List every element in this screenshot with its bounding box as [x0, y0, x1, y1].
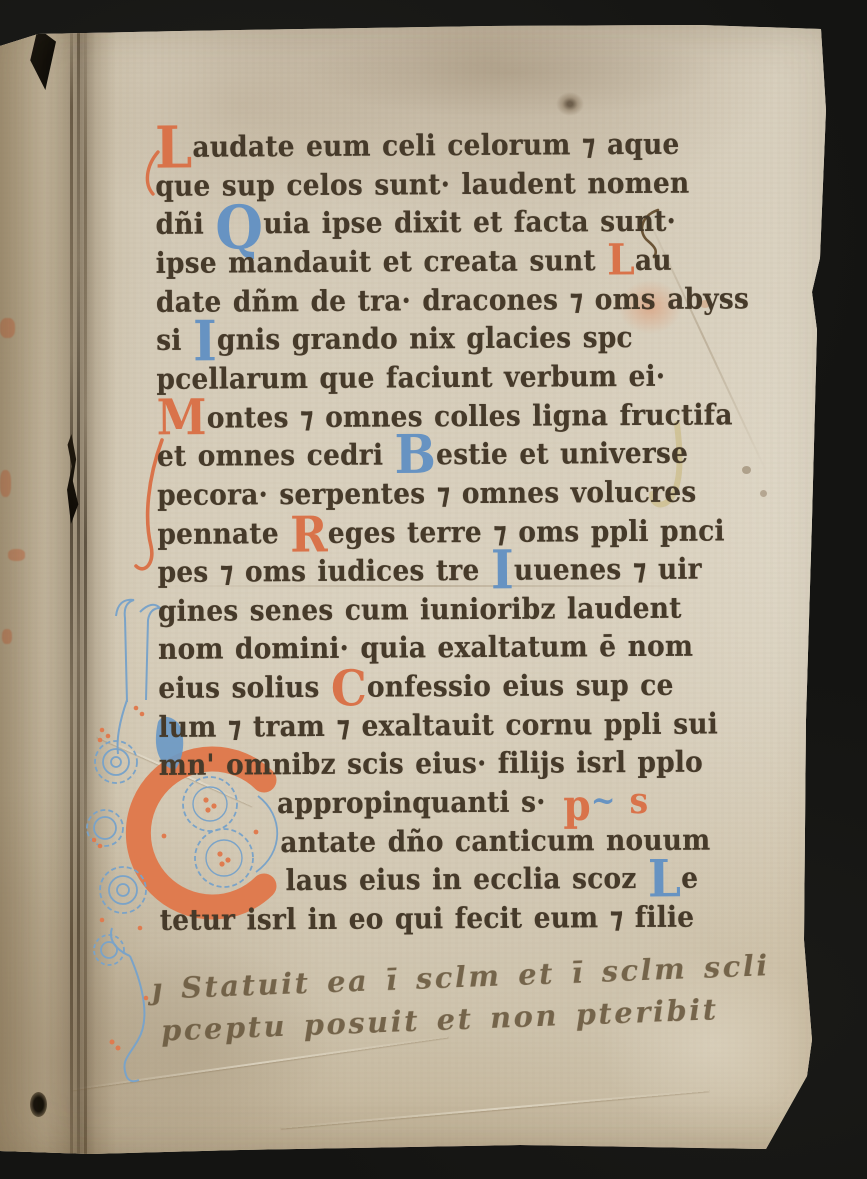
show-through-mark	[646, 418, 690, 516]
stain	[618, 280, 682, 334]
stain	[700, 300, 710, 308]
stain	[60, 940, 330, 1150]
text-segment: date dñm de tra· dracones ⁊ oms abyss	[156, 282, 749, 319]
text-segment: estie et universe	[436, 437, 688, 472]
text-segment: ontes ⁊ omnes colles ligna fructifa	[207, 398, 733, 434]
manuscript-text-line: Montes ⁊ omnes colles ligna fructifa	[157, 395, 733, 441]
text-segment: au	[635, 244, 672, 277]
manuscript-text-line: pecora· serpentes ⁊ omnes volucres	[157, 473, 696, 519]
text-segment: appropinquanti s·	[277, 786, 546, 821]
manuscript-text-line: antate dño canticum nouum	[280, 820, 710, 865]
stain	[760, 490, 767, 497]
spine-fold	[44, 0, 116, 1179]
stain	[300, 28, 720, 118]
sewing-thread	[70, 0, 73, 1179]
manuscript-text-line: tetur isrl in eo qui fecit eum ⁊ filie	[160, 898, 695, 944]
text-segment: pennate	[157, 517, 290, 551]
manuscript-text-line: laus eius in ecclia scoz Le	[285, 859, 698, 904]
text-segment: onfessio eius sup ce	[367, 669, 674, 704]
manuscript-text-line: pennate Reges terre ⁊ oms ppli pnci	[157, 511, 725, 557]
text-segment: lum ⁊ tram ⁊ exaltauit cornu ppli sui	[158, 708, 718, 745]
text-segment: antate dño canticum nouum	[280, 824, 710, 860]
gloss-note: ȷ Statuit ea ī sclm et ī sclm sclipceptu…	[151, 944, 774, 1052]
text-segment: gnis grando nix glacies spc	[217, 322, 633, 358]
text-segment: audate eum celi celorum ⁊ aque	[192, 128, 679, 164]
offset-mark	[0, 318, 15, 338]
manuscript-text-line: si Ignis grando nix glacies spc	[156, 318, 633, 364]
text-segment: laus eius in ecclia scoz	[285, 863, 648, 898]
text-segment: eges terre ⁊ oms ppli pnci	[328, 514, 725, 550]
text-segment: gines senes cum iunioribz laudent	[158, 592, 682, 628]
text-segment: si	[156, 324, 193, 357]
offset-mark	[2, 629, 12, 644]
text-segment: pes ⁊ oms iudices tre	[158, 554, 491, 589]
sewing-thread	[84, 0, 87, 1179]
crease	[281, 1089, 710, 1128]
text-segment: uuenes ⁊ uir	[514, 553, 702, 587]
offset-mark	[8, 549, 25, 561]
manuscript-text-line: ipse mandauit et creata sunt Lau	[156, 241, 672, 287]
crease	[97, 736, 253, 807]
pen-mark	[630, 206, 666, 260]
manuscript-photo: Laudate eum celi celorum ⁊ aqueque sup c…	[0, 0, 867, 1179]
text-segment: dñi	[155, 208, 215, 242]
sewing-thread	[77, 0, 80, 1179]
stain	[600, 950, 830, 1140]
text-segment: pecora· serpentes ⁊ omnes volucres	[157, 476, 696, 512]
offset-mark	[0, 470, 11, 497]
text-segment: uia ipse dixit et facta sunt·	[263, 205, 676, 241]
sewing-hole-bottom	[30, 1092, 47, 1117]
manuscript-text-line: Laudate eum celi celorum ⁊ aque	[155, 125, 680, 171]
initial-flourish-red	[138, 148, 168, 200]
manuscript-text-line: pes ⁊ oms iudices tre Iuuenes ⁊ uir	[158, 550, 702, 596]
manuscript-text-line: nom domini· quia exaltatum ē nom	[158, 627, 693, 673]
text-segment: tetur isrl in eo qui fecit eum ⁊ filie	[160, 901, 695, 937]
text-segment: que sup celos sunt· laudent nomen	[155, 167, 689, 203]
gloss-line: ȷ Statuit ea ī sclm et ī sclm scli	[151, 944, 772, 1010]
text-segment: nom domini· quia exaltatum ē nom	[158, 630, 693, 666]
text-segment: eius solius	[158, 671, 331, 705]
text-segment: ipse mandauit et creata sunt	[156, 244, 608, 280]
crease	[639, 201, 768, 474]
crease	[72, 1036, 449, 1091]
manuscript-text-line: eius solius Confessio eius sup ce	[158, 666, 673, 712]
manuscript-text-line: lum ⁊ tram ⁊ exaltauit cornu ppli sui	[158, 704, 718, 750]
stain	[742, 466, 751, 474]
manuscript-text-line: et omnes cedri Bestie et universe	[157, 434, 688, 480]
flourish-blob	[156, 717, 183, 770]
text-segment: pcellarum que faciunt verbum ei·	[156, 360, 665, 396]
gloss-line: pceptu posuit et non pteribit	[160, 986, 773, 1051]
text-segment: e	[681, 862, 698, 895]
manuscript-text-line: mn' omnibz scis eius· filijs isrl pplo	[159, 743, 703, 789]
decorated-initial-c	[106, 740, 318, 940]
text-segment: et omnes cedri	[157, 439, 395, 474]
manuscript-text-line: date dñm de tra· dracones ⁊ oms abyss	[156, 279, 749, 325]
crease	[150, 585, 710, 587]
margin-flourish	[82, 588, 204, 1088]
manuscript-text-line: appropinquanti s·p~ s	[277, 782, 649, 827]
text-segment: mn' omnibz scis eius· filijs isrl pplo	[159, 746, 703, 782]
text-block: Laudate eum celi celorum ⁊ aqueque sup c…	[0, 0, 867, 1179]
initial-flourish-red	[130, 436, 176, 578]
sewing-hole-middle	[66, 434, 79, 524]
manuscript-text-line: que sup celos sunt· laudent nomen	[155, 163, 689, 209]
manuscript-text-line: gines senes cum iunioribz laudent	[158, 589, 682, 635]
manuscript-text-line: pcellarum que faciunt verbum ei·	[156, 357, 665, 403]
manuscript-leaf: Laudate eum celi celorum ⁊ aqueque sup c…	[0, 0, 867, 1179]
stain	[556, 92, 584, 116]
sewing-hole-top	[28, 28, 56, 90]
manuscript-text-line: dñi Quia ipse dixit et facta sunt·	[155, 202, 676, 248]
